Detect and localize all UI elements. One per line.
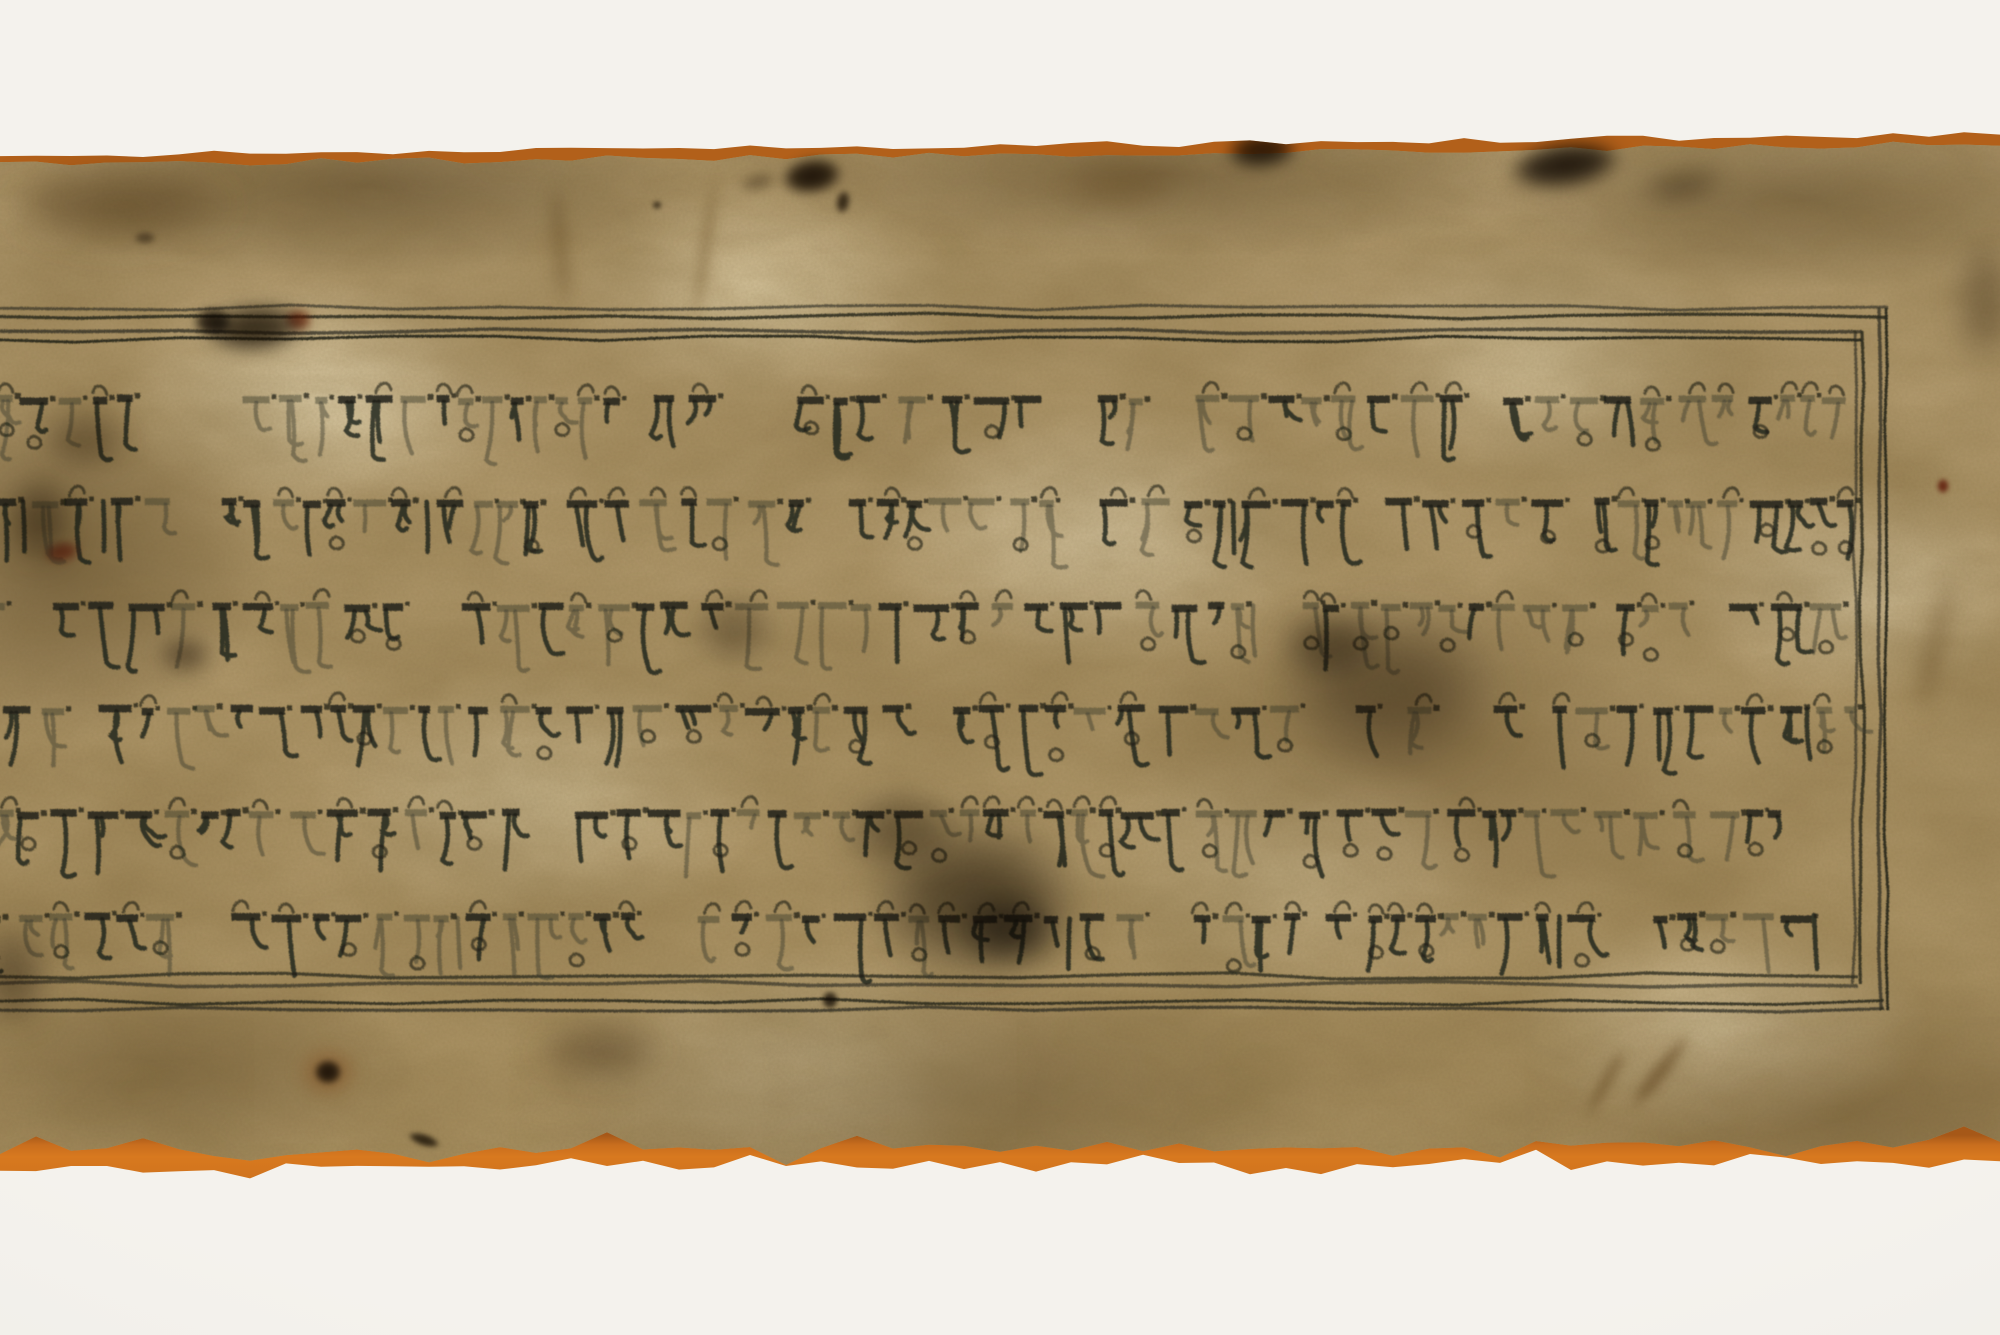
photograph (0, 0, 2000, 1335)
frame-rule (1859, 331, 1864, 984)
glyph-head-strokes-faded (0, 398, 1846, 401)
frame-rule (1878, 308, 1881, 1010)
glyph-stem-strokes (18, 815, 1780, 876)
frame-rule (0, 329, 1862, 334)
tibetan-text-line-5 (0, 797, 1781, 877)
frame-rule (0, 313, 1888, 319)
tibetan-text-block (0, 382, 1872, 982)
frame-rule (0, 336, 1862, 342)
glyph-stem-strokes (6, 709, 1810, 775)
frame-rule (1884, 308, 1888, 1010)
glyph-head-strokes (3, 708, 1802, 711)
glyph-vowel-marks (0, 382, 1844, 450)
tibetan-text-line-2 (0, 486, 1861, 568)
frame-rule (0, 999, 1884, 1005)
glyph-vowel-marks (0, 692, 1831, 760)
glyph-vowel-marks (172, 589, 1832, 660)
frame-rule (0, 1007, 1884, 1012)
tibetan-text-line-4 (0, 692, 1872, 775)
manuscript-ink-layer (0, 0, 2000, 1335)
tibetan-text-line-3 (0, 589, 1849, 672)
tibetan-text-line-6 (0, 901, 1818, 982)
glyph-stem-strokes (37, 401, 1767, 459)
frame-rule (1852, 331, 1857, 984)
frame-rule (0, 305, 1888, 310)
glyph-stem-strokes-faded (0, 401, 1838, 464)
tibetan-text-line-1 (0, 382, 1846, 464)
glyph-head-strokes (17, 812, 1781, 815)
glyph-vowel-marks (0, 486, 1853, 554)
frame-rule (0, 981, 1858, 987)
